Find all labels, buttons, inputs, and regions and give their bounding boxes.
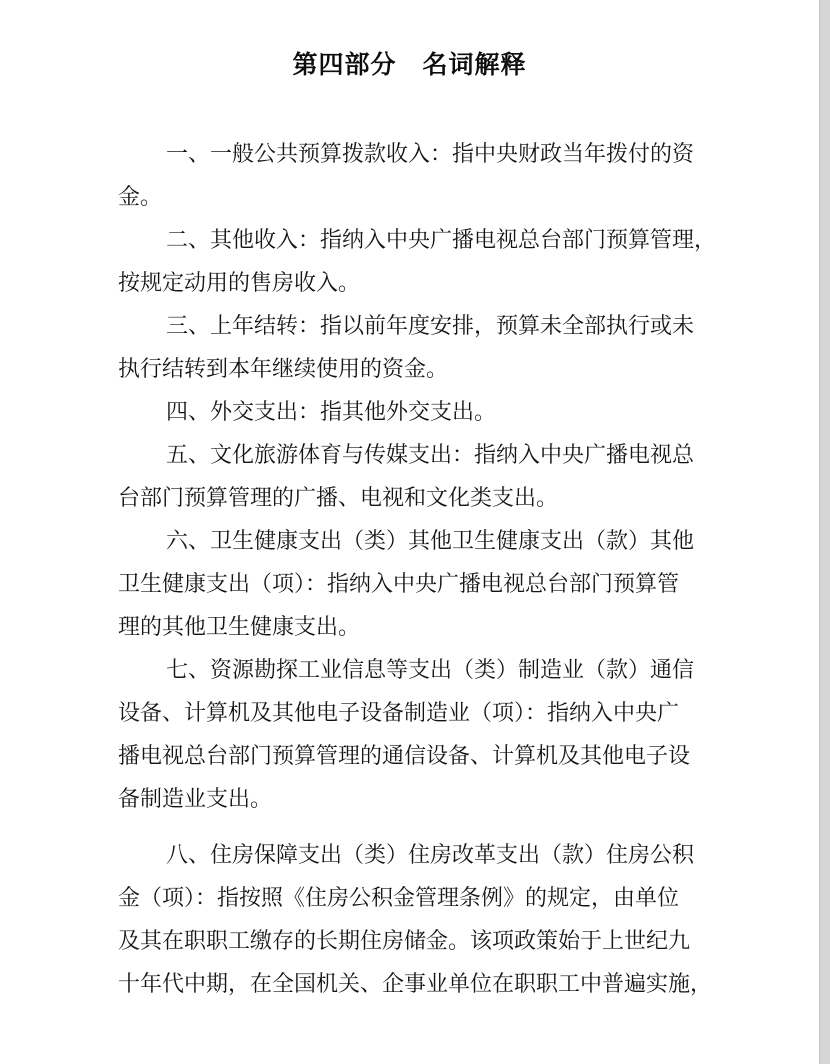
text-line: 执行结转到本年继续使用的资金。 — [118, 347, 702, 390]
paragraph-5: 五、文化旅游体育与传媒支出：指纳入中央广播电视总 台部门预算管理的广播、电视和文… — [118, 433, 702, 519]
text-line: 二、其他收入：指纳入中央广播电视总台部门预算管理， — [118, 218, 702, 261]
text-line: 按规定动用的售房收入。 — [118, 261, 702, 304]
text-line: 四、外交支出：指其他外交支出。 — [118, 390, 702, 433]
page-edge-strip — [819, 0, 830, 1064]
paragraph-3: 三、上年结转：指以前年度安排，预算未全部执行或未 执行结转到本年继续使用的资金。 — [118, 304, 702, 390]
text-line: 五、文化旅游体育与传媒支出：指纳入中央广播电视总 — [118, 433, 702, 476]
text-line: 备制造业支出。 — [118, 777, 702, 820]
text-line: 六、卫生健康支出（类）其他卫生健康支出（款）其他 — [118, 519, 702, 562]
text-line: 金（项）：指按照《住房公积金管理条例》的规定，由单位 — [118, 876, 702, 919]
text-line: 卫生健康支出（项）：指纳入中央广播电视总台部门预算管 — [118, 562, 702, 605]
text-line: 七、资源勘探工业信息等支出（类）制造业（款）通信 — [118, 648, 702, 691]
paragraph-4: 四、外交支出：指其他外交支出。 — [118, 390, 702, 433]
paragraph-1: 一、一般公共预算拨款收入：指中央财政当年拨付的资 金。 — [118, 132, 702, 218]
text-line: 及其在职职工缴存的长期住房储金。该项政策始于上世纪九 — [118, 919, 702, 962]
text-line: 三、上年结转：指以前年度安排，预算未全部执行或未 — [118, 304, 702, 347]
text-line: 理的其他卫生健康支出。 — [118, 605, 702, 648]
paragraph-6: 六、卫生健康支出（类）其他卫生健康支出（款）其他 卫生健康支出（项）：指纳入中央… — [118, 519, 702, 648]
document-title: 第四部分 名词解释 — [0, 48, 819, 84]
paragraph-8: 八、住房保障支出（类）住房改革支出（款）住房公积 金（项）：指按照《住房公积金管… — [118, 833, 702, 1005]
text-line: 台部门预算管理的广播、电视和文化类支出。 — [118, 476, 702, 519]
paragraph-2: 二、其他收入：指纳入中央广播电视总台部门预算管理， 按规定动用的售房收入。 — [118, 218, 702, 304]
text-line: 八、住房保障支出（类）住房改革支出（款）住房公积 — [118, 833, 702, 876]
document-body: 一、一般公共预算拨款收入：指中央财政当年拨付的资 金。 二、其他收入：指纳入中央… — [118, 132, 702, 1005]
document-page: 第四部分 名词解释 一、一般公共预算拨款收入：指中央财政当年拨付的资 金。 二、… — [0, 0, 830, 1064]
text-line: 设备、计算机及其他电子设备制造业（项）：指纳入中央广 — [118, 691, 702, 734]
text-line: 十年代中期，在全国机关、企事业单位在职职工中普遍实施， — [118, 962, 702, 1005]
paragraph-7: 七、资源勘探工业信息等支出（类）制造业（款）通信 设备、计算机及其他电子设备制造… — [118, 648, 702, 820]
text-line: 一、一般公共预算拨款收入：指中央财政当年拨付的资 — [118, 132, 702, 175]
text-line: 播电视总台部门预算管理的通信设备、计算机及其他电子设 — [118, 734, 702, 777]
text-line: 金。 — [118, 175, 702, 218]
